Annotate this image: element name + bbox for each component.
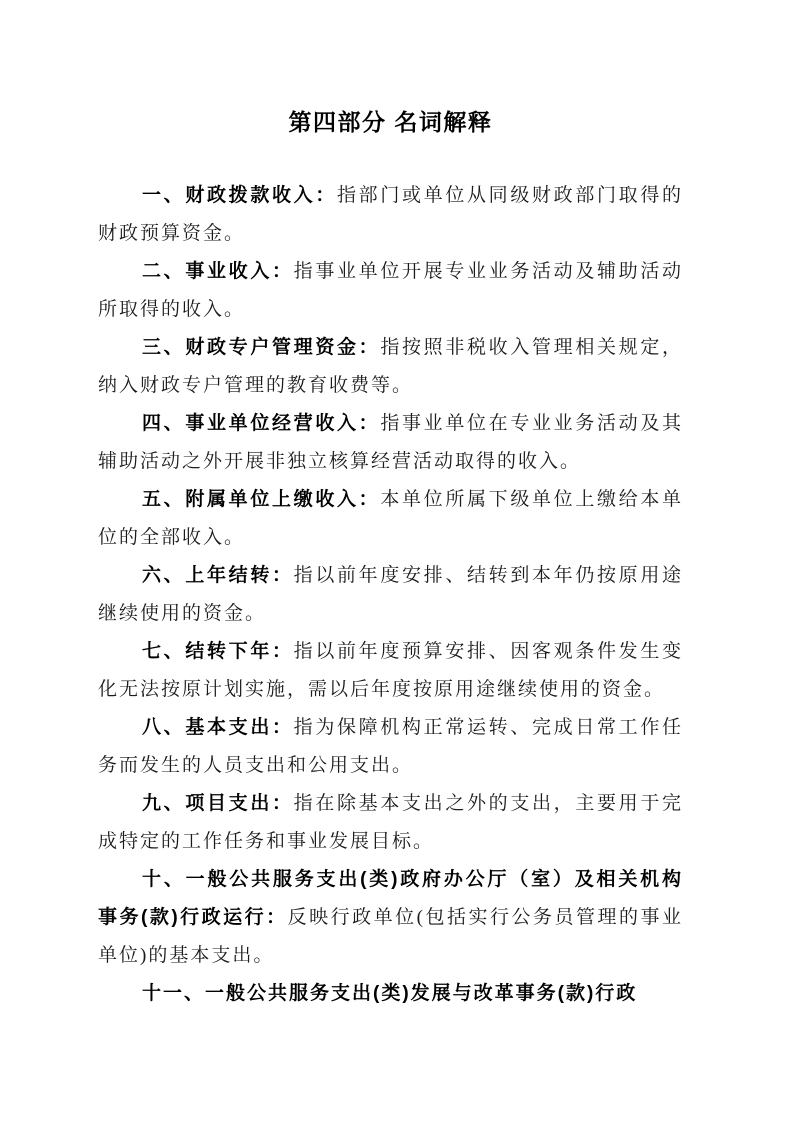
definition-paragraph: 四、事业单位经营收入：指事业单位在专业业务活动及其辅助活动之外开展非独立核算经营… [98,405,683,481]
definition-paragraph: 十一、一般公共服务支出(类)发展与改革事务(款)行政 [98,975,683,1013]
term-label: 十一、一般公共服务支出(类)发展与改革事务(款)行政 [142,983,637,1004]
definition-paragraph: 五、附属单位上缴收入：本单位所属下级单位上缴给本单位的全部收入。 [98,481,683,557]
definition-paragraph: 三、财政专户管理资金：指按照非税收入管理相关规定，纳入财政专户管理的教育收费等。 [98,329,683,405]
term-label: 五、附属单位上缴收入： [142,489,380,510]
definition-paragraph: 二、事业收入：指事业单位开展专业业务活动及辅助活动所取得的收入。 [98,253,683,329]
definition-paragraph: 十、一般公共服务支出(类)政府办公厅（室）及相关机构事务(款)行政运行：反映行政… [98,861,683,975]
term-label: 六、上年结转： [142,565,294,586]
definition-paragraph: 九、项目支出：指在除基本支出之外的支出，主要用于完成特定的工作任务和事业发展目标… [98,785,683,861]
page-title: 第四部分 名词解释 [98,103,683,141]
term-label: 三、财政专户管理资金： [142,337,380,358]
term-label: 九、项目支出： [142,793,294,814]
definition-paragraph: 一、财政拨款收入：指部门或单位从同级财政部门取得的财政预算资金。 [98,177,683,253]
document-page: 第四部分 名词解释 一、财政拨款收入：指部门或单位从同级财政部门取得的财政预算资… [0,0,793,1122]
term-label: 四、事业单位经营收入： [142,413,380,434]
term-label: 二、事业收入： [142,261,294,282]
term-label: 八、基本支出： [142,717,294,738]
definition-paragraph: 七、结转下年：指以前年度预算安排、因客观条件发生变化无法按原计划实施，需以后年度… [98,633,683,709]
definition-paragraph: 六、上年结转：指以前年度安排、结转到本年仍按原用途继续使用的资金。 [98,557,683,633]
definition-paragraph: 八、基本支出：指为保障机构正常运转、完成日常工作任务而发生的人员支出和公用支出。 [98,709,683,785]
term-label: 七、结转下年： [142,641,294,662]
term-label: 一、财政拨款收入： [142,185,337,206]
